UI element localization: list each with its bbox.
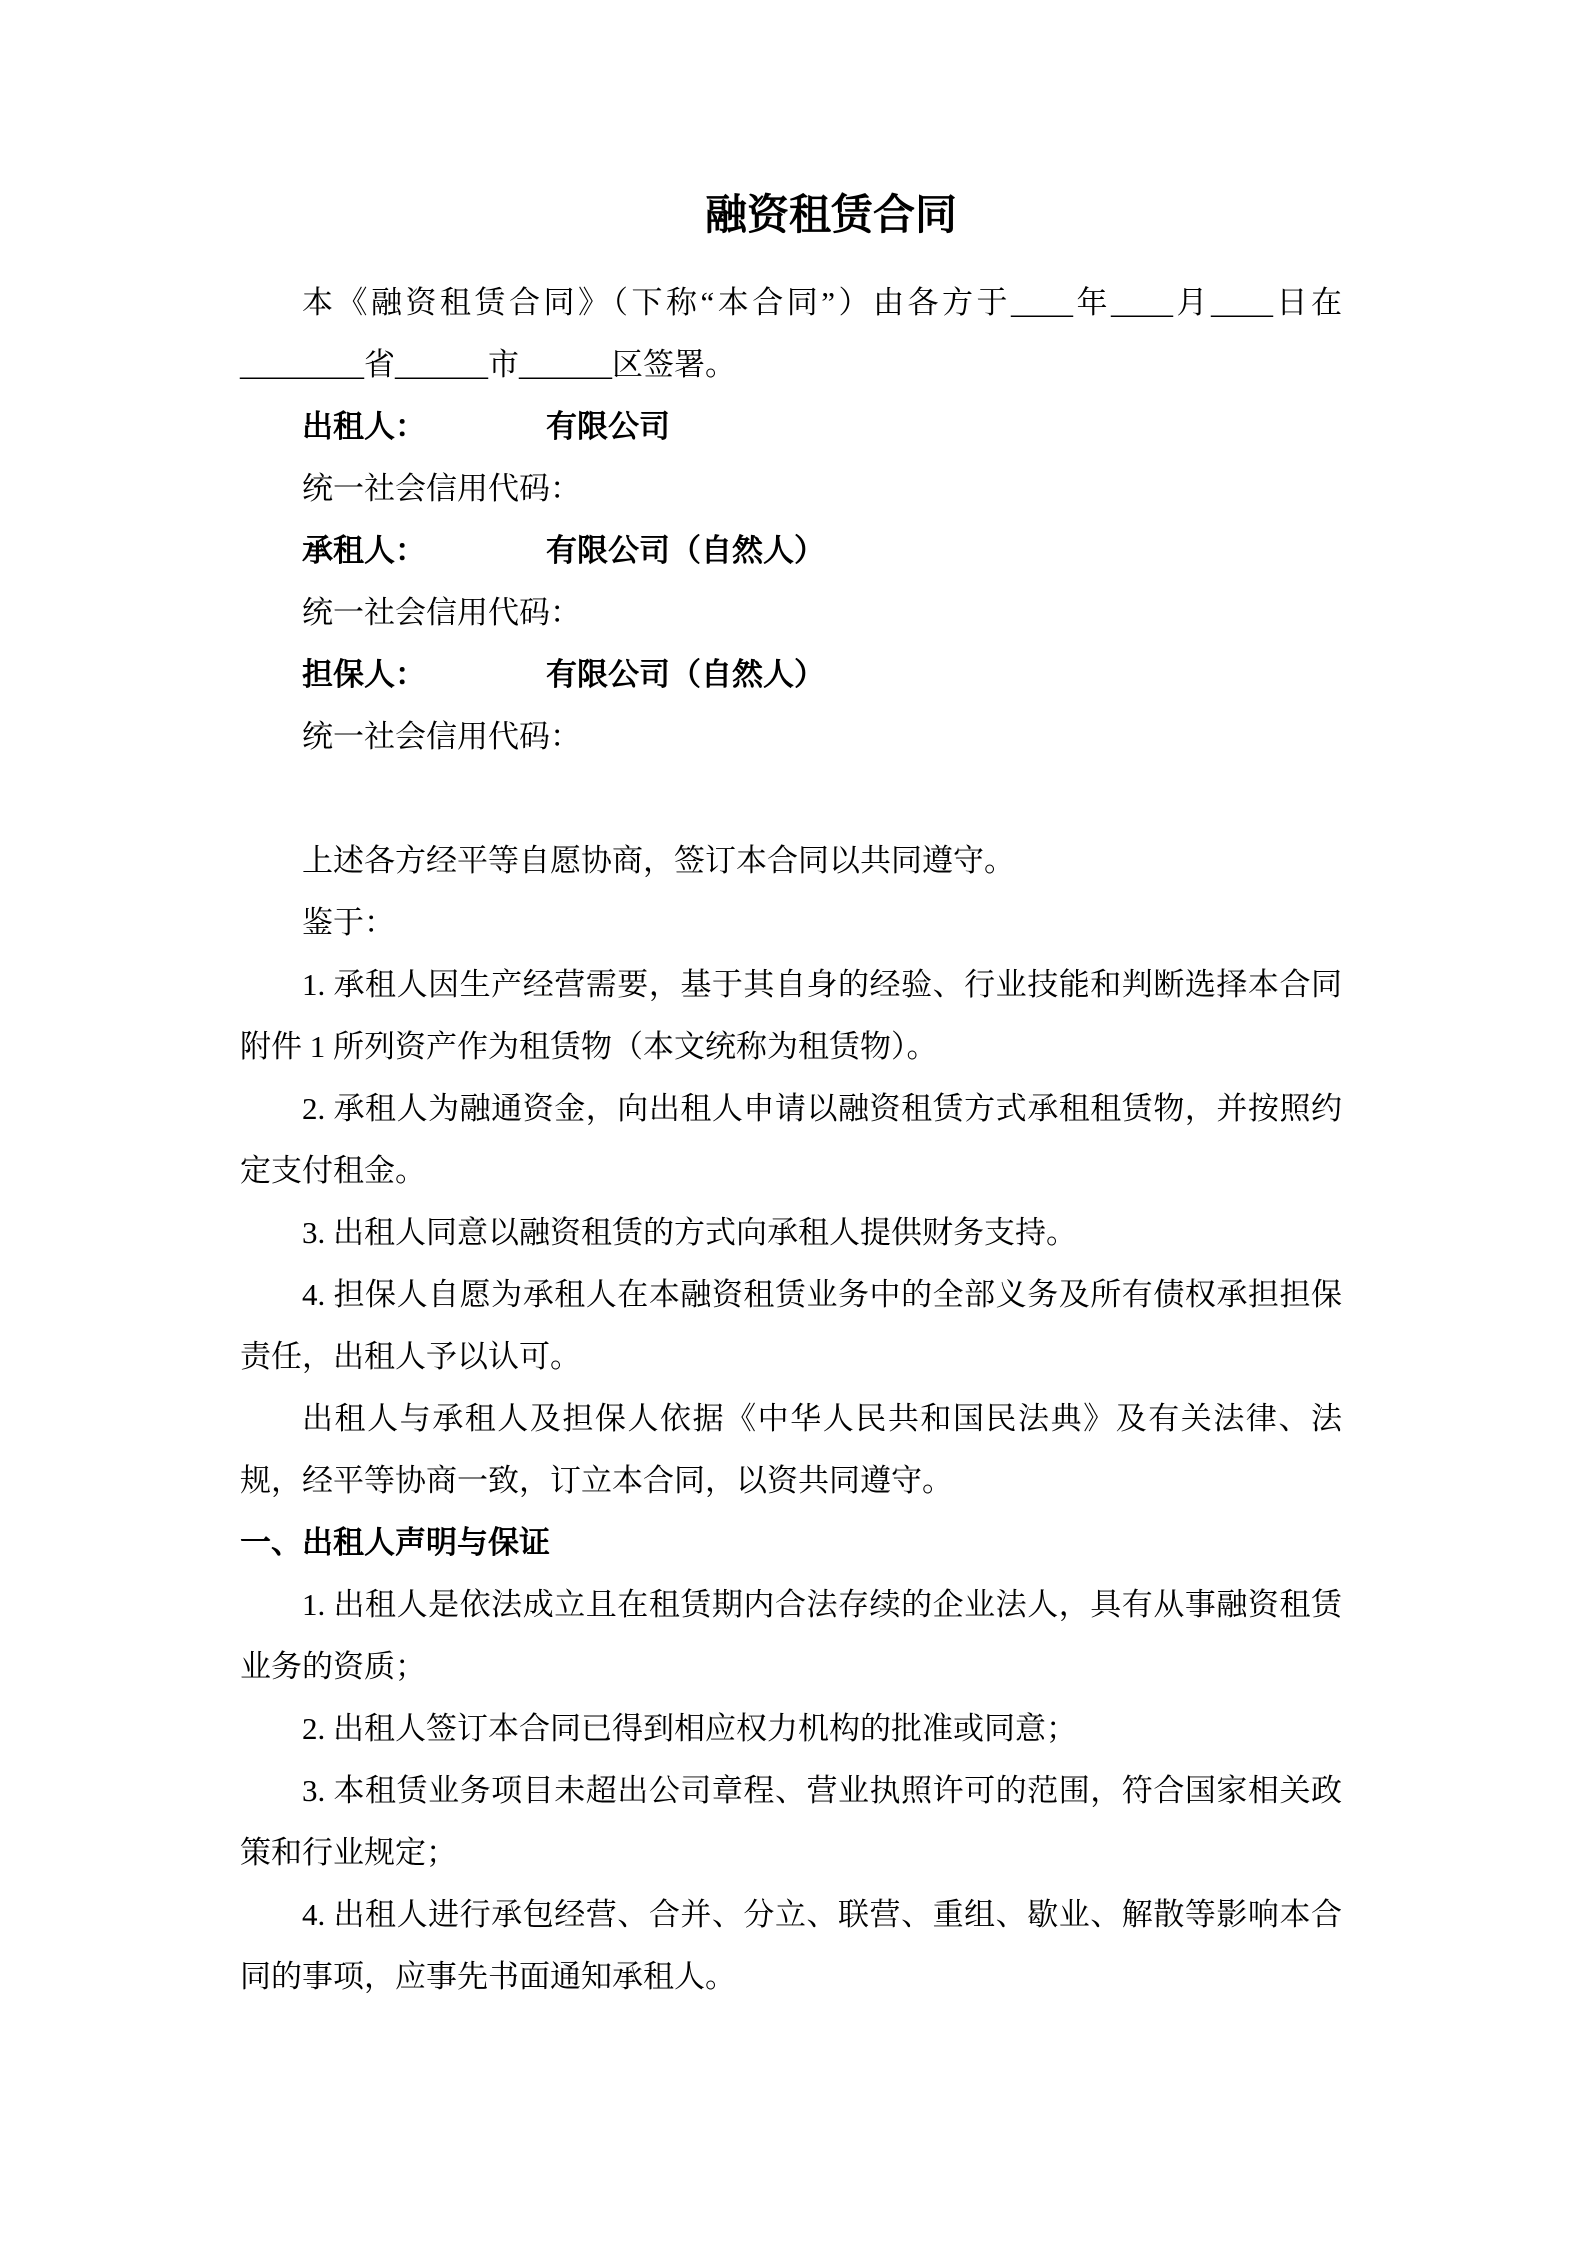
party-company-name: 有限公司 [546, 409, 670, 444]
party-role-label: 承租人： [302, 533, 426, 568]
preamble-block: 上述各方经平等自愿协商，签订本合同以共同遵守。 鉴于： 1. 承租人因生产经营需… [240, 830, 1342, 1512]
credit-code-line: 统一社会信用代码： [240, 582, 1342, 644]
intro-paragraph: 本《融资租赁合同》（下称“本合同”）由各方于____年____月____日在__… [240, 272, 1342, 396]
party-role-line-guarantor: 担保人：有限公司（自然人） [240, 644, 1342, 706]
clause-paragraph: 1. 出租人是依法成立且在租赁期内合法存续的企业法人，具有从事融资租赁业务的资质… [240, 1574, 1342, 1698]
parties-block: 出租人：有限公司 统一社会信用代码： 承租人：有限公司（自然人） 统一社会信用代… [240, 396, 1342, 768]
party-role-label: 担保人： [302, 657, 426, 692]
credit-code-line: 统一社会信用代码： [240, 458, 1342, 520]
preamble-paragraph: 1. 承租人因生产经营需要，基于其自身的经验、行业技能和判断选择本合同附件 1 … [240, 954, 1342, 1078]
preamble-paragraph: 2. 承租人为融通资金，向出租人申请以融资租赁方式承租租赁物，并按照约定支付租金… [240, 1078, 1342, 1202]
preamble-paragraph: 上述各方经平等自愿协商，签订本合同以共同遵守。 [240, 830, 1342, 892]
party-company-name: 有限公司（自然人） [546, 657, 825, 692]
clause-paragraph: 3. 本租赁业务项目未超出公司章程、营业执照许可的范围，符合国家相关政策和行业规… [240, 1760, 1342, 1884]
preamble-paragraph: 出租人与承租人及担保人依据《中华人民共和国民法典》及有关法律、法规，经平等协商一… [240, 1388, 1342, 1512]
preamble-paragraph: 鉴于： [240, 892, 1342, 954]
section-1-body: 1. 出租人是依法成立且在租赁期内合法存续的企业法人，具有从事融资租赁业务的资质… [240, 1574, 1342, 2008]
party-role-line-lessor: 出租人：有限公司 [240, 396, 1342, 458]
clause-paragraph: 4. 出租人进行承包经营、合并、分立、联营、重组、歇业、解散等影响本合同的事项，… [240, 1884, 1342, 2008]
preamble-paragraph: 3. 出租人同意以融资租赁的方式向承租人提供财务支持。 [240, 1202, 1342, 1264]
party-role-label: 出租人： [302, 409, 426, 444]
contract-page: 融资租赁合同 本《融资租赁合同》（下称“本合同”）由各方于____年____月_… [0, 0, 1587, 2245]
preamble-paragraph: 4. 担保人自愿为承租人在本融资租赁业务中的全部义务及所有债权承担担保责任，出租… [240, 1264, 1342, 1388]
section-1-heading: 一、出租人声明与保证 [240, 1512, 1342, 1574]
document-title: 融资租赁合同 [280, 185, 1382, 247]
credit-code-line: 统一社会信用代码： [240, 706, 1342, 768]
clause-paragraph: 2. 出租人签订本合同已得到相应权力机构的批准或同意； [240, 1698, 1342, 1760]
party-company-name: 有限公司（自然人） [546, 533, 825, 568]
party-role-line-lessee: 承租人：有限公司（自然人） [240, 520, 1342, 582]
